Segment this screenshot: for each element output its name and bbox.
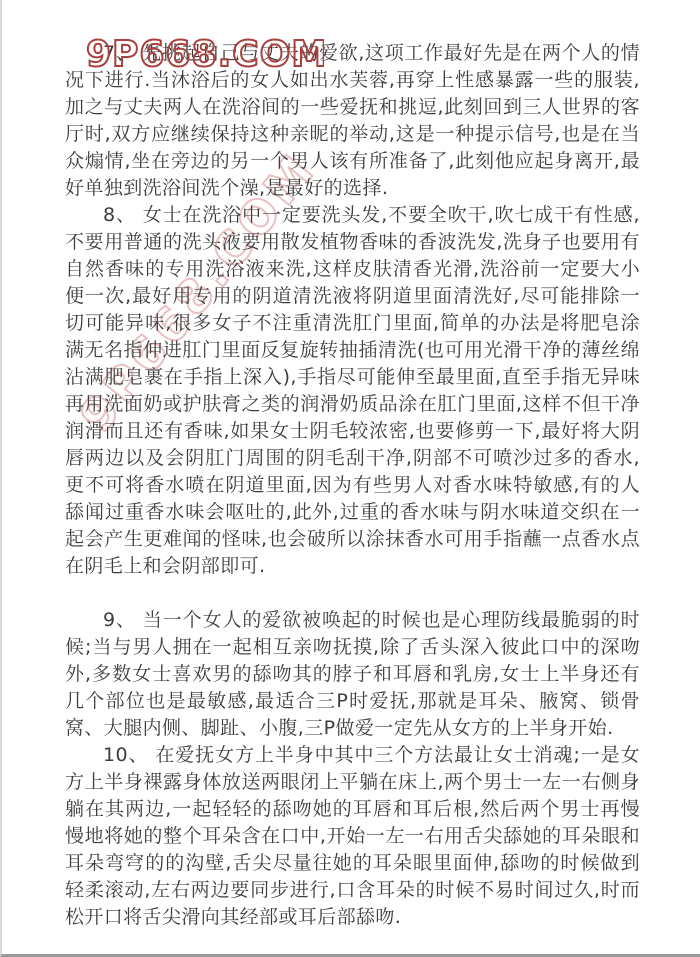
paragraph-item-8: 8、 女士在洗浴中一定要洗头发,不要全吹干,吹七成干有性感,不要用普通的洗头液要… [65,202,640,580]
watermark-site-logo-text: 9P668.COM [86,34,324,75]
watermark-site-logo: 9P668.COM [84,28,324,80]
document-body: 7、 先挑起自己与丈夫的爱欲,这项工作最好先是在两个人的情况下进行.当沐浴后的女… [65,40,640,931]
paragraph-item-10: 10、 在爱抚女方上半身中其中三个方法最让女士消魂;一是女方上半身裸露身体放送两… [65,742,640,931]
paragraph-item-9: 9、 当一个女人的爱欲被唤起的时候也是心理防线最脆弱的时候;当与男人拥在一起相互… [65,607,640,742]
document-page: 9P668.COM 7、 先挑起自己与丈夫的爱欲,这项工作最好先是在两个人的情况… [0,0,700,957]
